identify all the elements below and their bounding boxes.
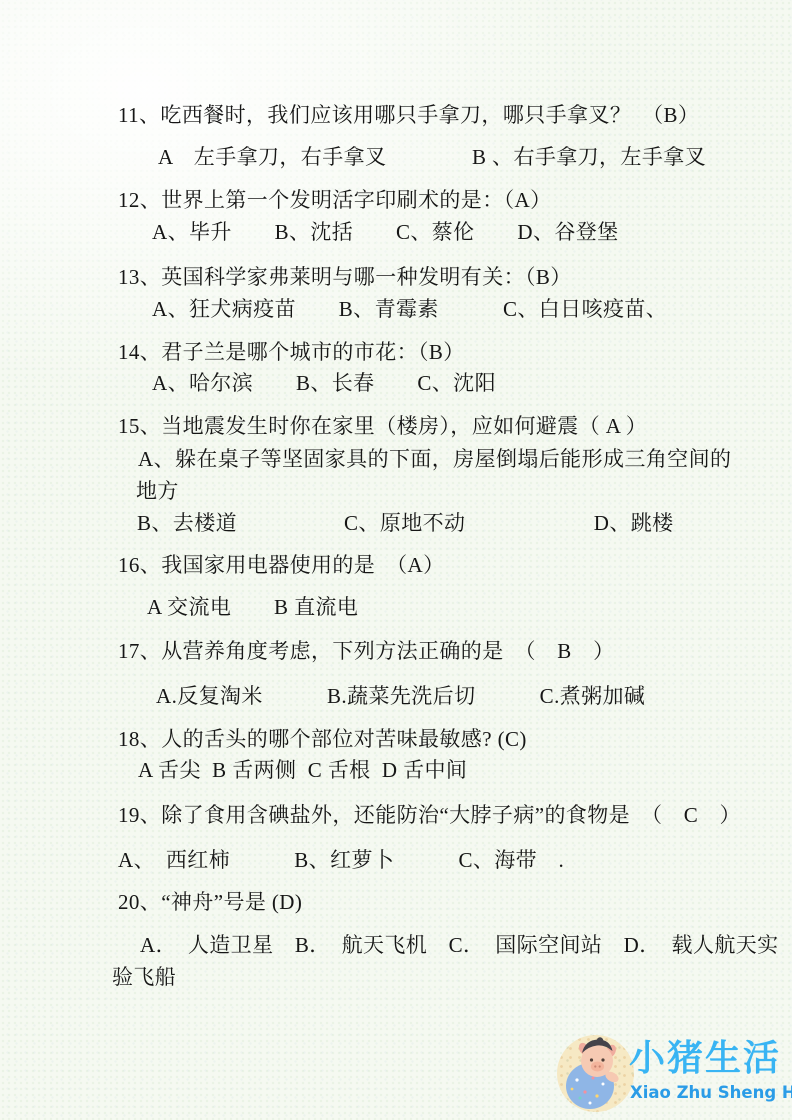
watermark-brand-pinyin: Xiao Zhu Sheng Huo [630,1083,792,1103]
question-12-options: A、毕升 B、沈括 C、蔡伦 D、谷登堡 [152,221,619,244]
question-18-options: A 舌尖 B 舌两侧 C 舌根 D 舌中间 [138,759,467,782]
question-13-text: 13、英国科学家弗莱明与哪一种发明有关：（B） [118,266,572,289]
question-17-text: 17、从营养角度考虑，下列方法正确的是 （ B ） [118,640,615,663]
question-19-text: 19、除了食用含碘盐外，还能防治“大脖子病”的食物是 （ C ） [118,804,741,827]
question-12-text: 12、世界上第一个发明活字印刷术的是：（A） [118,189,551,212]
question-14-text: 14、君子兰是哪个城市的市花：（B） [118,341,465,364]
xiaozhu-watermark: 小猪生活 Xiao Zhu Sheng Huo [556,1033,792,1113]
question-16-text: 16、我国家用电器使用的是 （A） [118,554,444,577]
pig-mascot-icon [557,1035,634,1112]
question-13-options: A、狂犬病疫苗 B、青霉素 C、白日咳疫苗、 [152,298,667,321]
question-11-text: 11、吃西餐时，我们应该用哪只手拿刀，哪只手拿叉？ （B） [118,104,699,127]
question-17-options: A.反复淘米 B.蔬菜先洗后切 C.煮粥加碱 [156,685,645,708]
watermark-brand-chinese: 小猪生活 [629,1039,791,1079]
question-20-text: 20、“神舟”号是 (D) [118,891,302,914]
question-16-options: A 交流电 B 直流电 [147,596,358,619]
question-15-option-a-wrap: 地方 [136,480,179,503]
question-15-options-bcd: B、去楼道 C、原地不动 D、跳楼 [137,512,674,535]
question-15-option-a: A、躲在桌子等坚固家具的下面，房屋倒塌后能形成三角空间的 [138,448,731,471]
pig-logo-badge [557,1035,634,1112]
question-19-options: A、 西红柿 B、红萝卜 C、海带 . [118,849,564,872]
question-18-text: 18、人的舌头的哪个部位对苦味最敏感? (C) [118,728,527,751]
question-11-options: A 左手拿刀，右手拿叉 B 、右手拿刀，左手拿叉 [158,146,706,169]
question-15-text: 15、当地震发生时你在家里（楼房），应如何避震（ A ） [118,415,647,438]
question-14-options: A、哈尔滨 B、长春 C、沈阳 [152,372,496,395]
question-20-options-wrap: 验飞船 [112,966,176,989]
quiz-document-page: 11、吃西餐时，我们应该用哪只手拿刀，哪只手拿叉？ （B） A 左手拿刀，右手拿… [0,0,792,1120]
question-20-options: A． 人造卫星 B． 航天飞机 C． 国际空间站 D． 载人航天实 [140,934,779,957]
